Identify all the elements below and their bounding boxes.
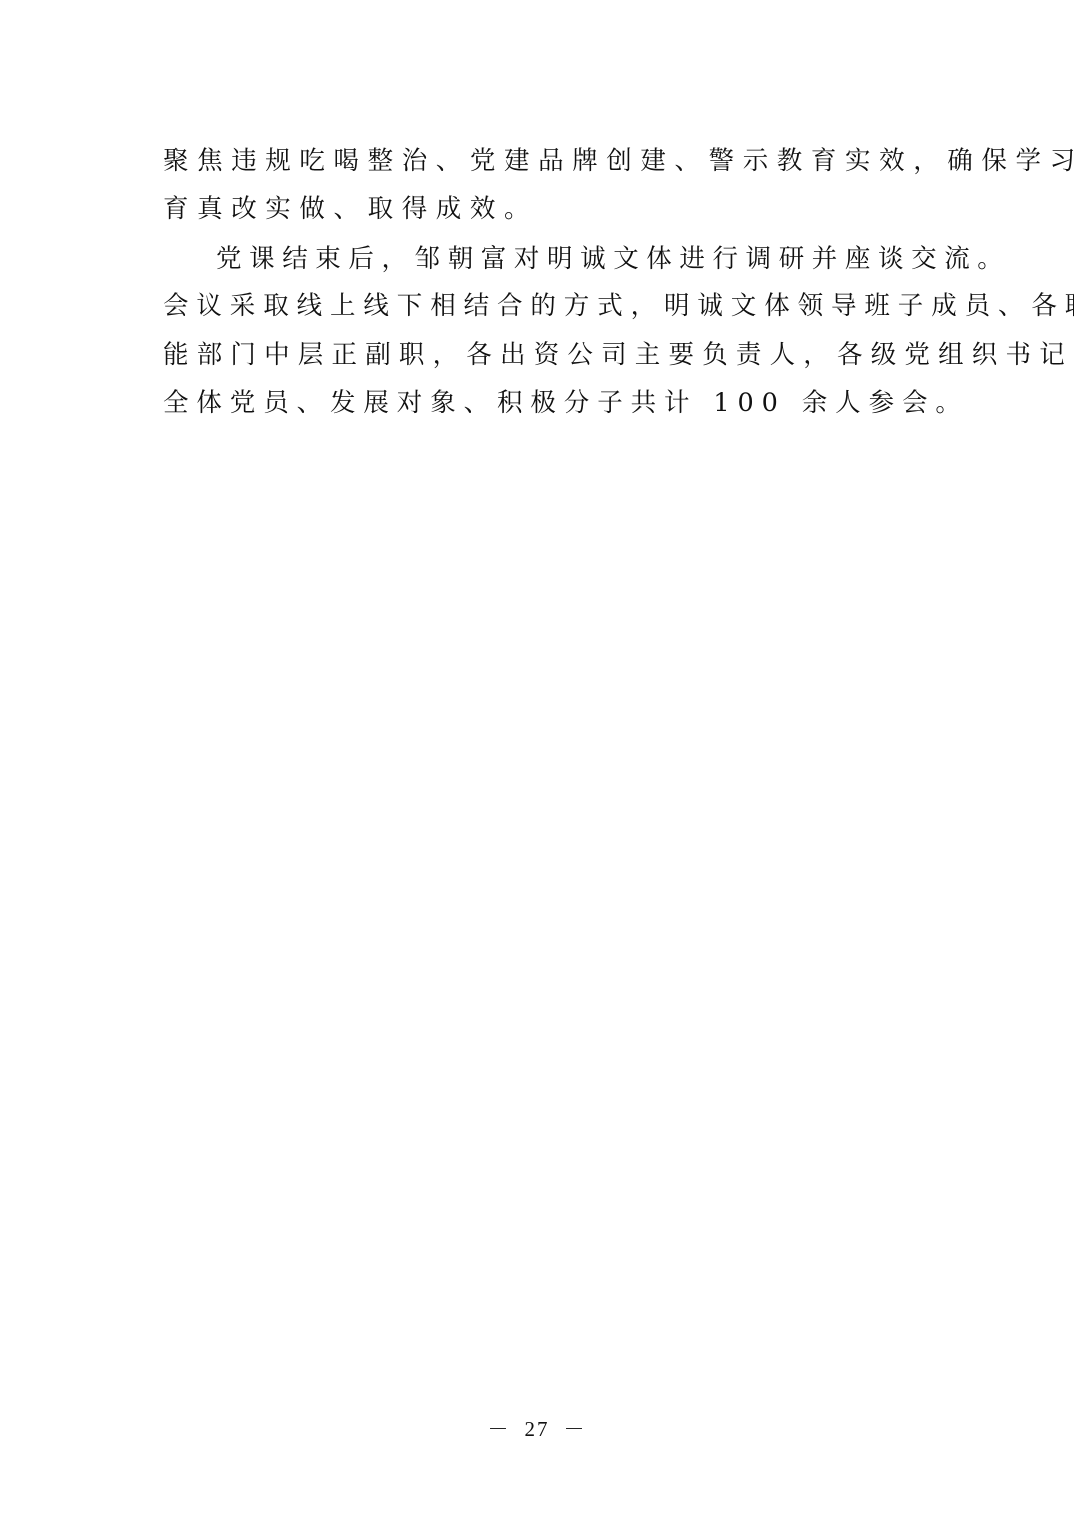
page-footer: －27－	[0, 1416, 1074, 1442]
paragraph-1-line-2: 育真改实做、取得成效。	[163, 194, 538, 224]
paragraph-2-line-1: 党课结束后，邹朝富对明诚文体进行调研并座谈交流。	[216, 244, 1010, 274]
paragraph-3-line-1: 会议采取线上线下相结合的方式，明诚文体领导班子成员、各职	[163, 291, 1074, 321]
paragraph-3-line-3: 全体党员、发展对象、积极分子共计 100 余人参会。	[163, 388, 969, 418]
page-number-dash-right: －	[564, 1416, 587, 1442]
page-number: 27	[525, 1416, 550, 1442]
page-number-dash-left: －	[488, 1416, 511, 1442]
document-page: 聚焦违规吃喝整治、党建品牌创建、警示教育实效，确保学习教 育真改实做、取得成效。…	[0, 0, 1074, 1520]
paragraph-1-line-1: 聚焦违规吃喝整治、党建品牌创建、警示教育实效，确保学习教	[163, 146, 1074, 176]
paragraph-3-line-2: 能部门中层正副职，各出资公司主要负责人，各级党组织书记，	[163, 340, 1074, 370]
